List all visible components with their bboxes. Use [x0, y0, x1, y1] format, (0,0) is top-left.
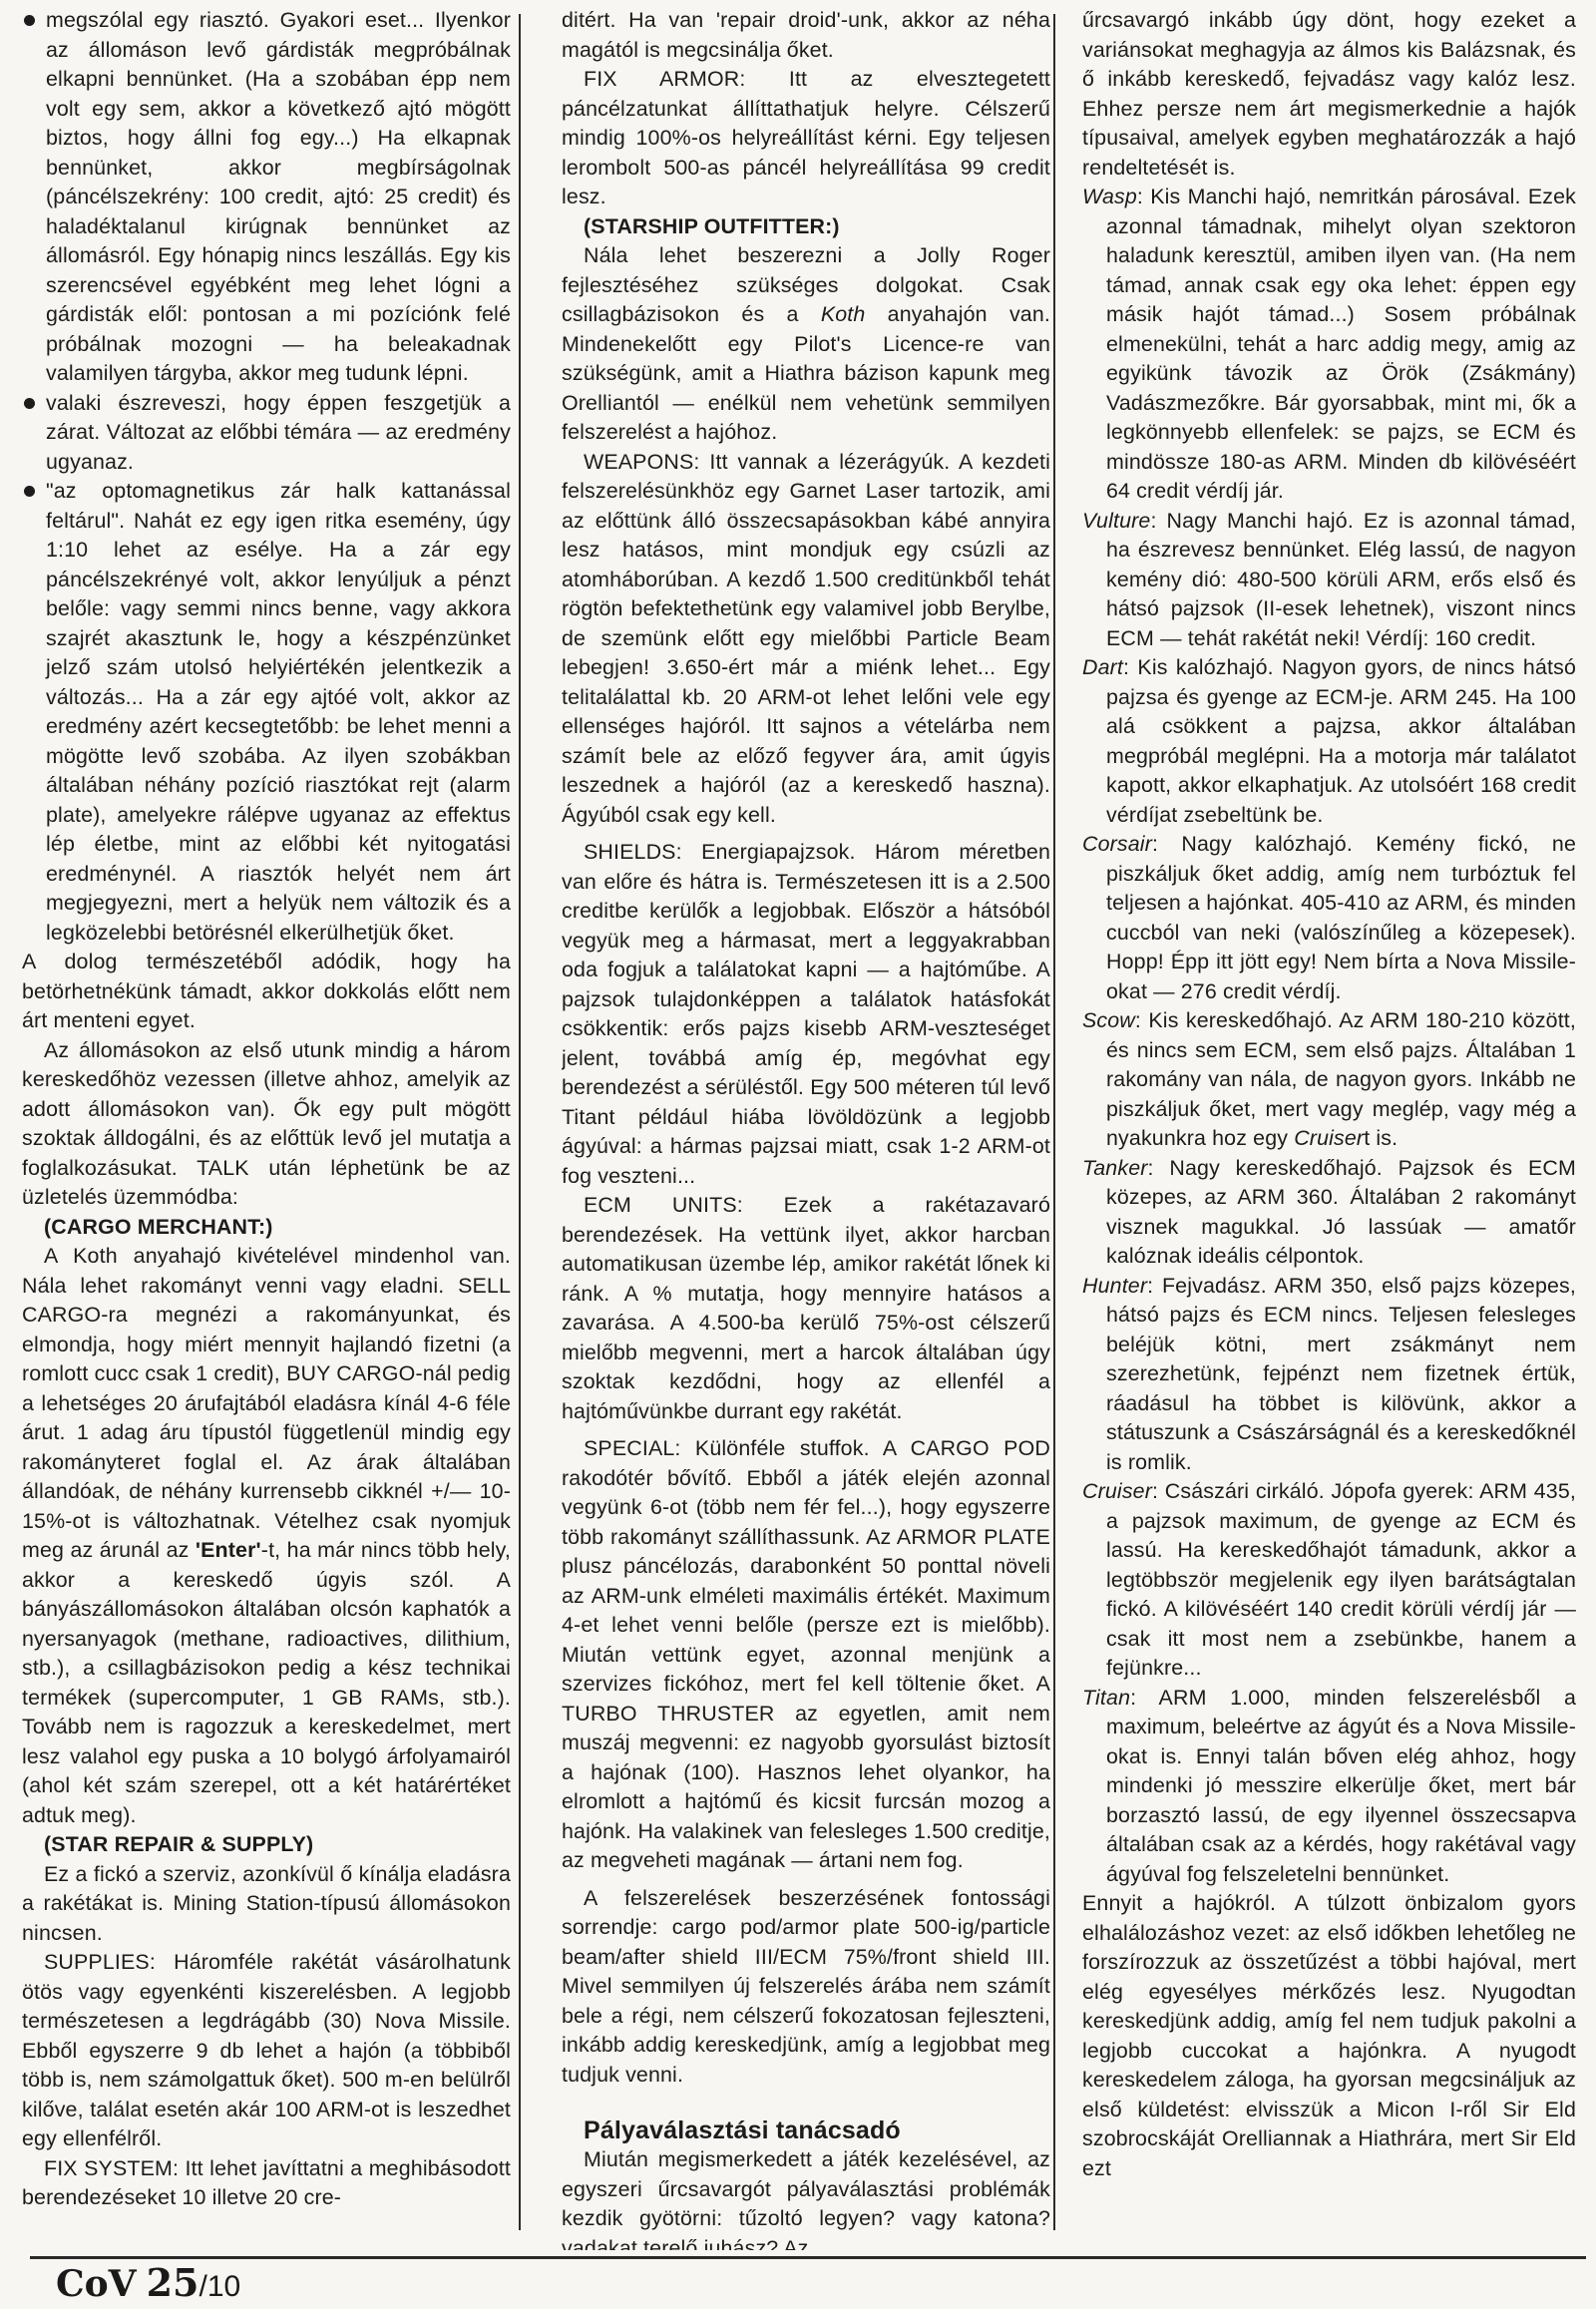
- subheading-starship-outfitter: (STARSHIP OUTFITTER:): [562, 212, 1050, 242]
- paragraph-special: SPECIAL: Különféle stuffok. A CARGO POD …: [562, 1434, 1050, 1876]
- paragraph-fix-armor: FIX ARMOR: Itt az elvesztegetett páncélz…: [562, 65, 1050, 212]
- paragraph-closing: Ennyit a hajókról. A túlzott önbizalom g…: [1082, 1889, 1576, 2183]
- paragraph-career: Miután megismerkedett a játék kezeléséve…: [562, 2145, 1050, 2250]
- paragraph-supplies: SUPPLIES: Háromféle rakétát vásárolhatun…: [22, 1948, 511, 2154]
- paragraph-ecm: ECM UNITS: Ezek a rakétazavaró berendezé…: [562, 1191, 1050, 1426]
- ship-entry-scow: Scow: Kis kereskedőhajó. Az ARM 180-210 …: [1082, 1006, 1576, 1154]
- bullet-text: valaki észreveszi, hogy éppen feszgetjük…: [46, 391, 511, 474]
- paragraph-shields: SHIELDS: Energiapajzsok. Három méretben …: [562, 838, 1050, 1191]
- page-footer: CoV 25 /10: [56, 2260, 240, 2305]
- bullet-icon: [24, 15, 35, 26]
- column-3: űrcsavargó inkább úgy dönt, hogy ezeket …: [1082, 6, 1576, 2250]
- issue-number: 25: [147, 2260, 199, 2305]
- column-2: ditért. Ha van 'repair droid'-unk, akkor…: [562, 6, 1050, 2250]
- paragraph-priority: A felszerelések beszerzésének fontossági…: [562, 1884, 1050, 2091]
- ship-entry-hunter: Hunter: Fejvadász. ARM 350, első pajzs k…: [1082, 1272, 1576, 1478]
- ship-entry-wasp: Wasp: Kis Manchi hajó, nemritkán párosáv…: [1082, 183, 1576, 507]
- paragraph: A dolog természetéből adódik, hogy ha be…: [22, 948, 511, 1036]
- ship-entry-dart: Dart: Kis kalózhajó. Nagyon gyors, de ni…: [1082, 653, 1576, 830]
- article-columns: megszólal egy riasztó. Gyakori eset... I…: [0, 0, 1596, 2256]
- paragraph-weapons: WEAPONS: Itt vannak a lézerágyúk. A kezd…: [562, 448, 1050, 831]
- column-1: megszólal egy riasztó. Gyakori eset... I…: [22, 6, 511, 2250]
- magazine-name: CoV: [56, 2263, 137, 2305]
- paragraph: Az állomásokon az első utunk mindig a há…: [22, 1036, 511, 1213]
- paragraph-cargo: A Koth anyahajó kivételével mindenhol va…: [22, 1242, 511, 1830]
- footer-rule: [30, 2256, 1586, 2259]
- magazine-page: megszólal egy riasztó. Gyakori eset... I…: [0, 0, 1596, 2309]
- bullet-icon: [24, 398, 35, 409]
- bullet-item: valaki észreveszi, hogy éppen feszgetjük…: [22, 389, 511, 478]
- subheading-star-repair: (STAR REPAIR & SUPPLY): [22, 1830, 511, 1860]
- subheading-cargo-merchant: (CARGO MERCHANT:): [22, 1213, 511, 1243]
- bullet-item: megszólal egy riasztó. Gyakori eset... I…: [22, 6, 511, 389]
- bullet-icon: [24, 486, 35, 497]
- ship-entry-corsair: Corsair: Nagy kalózhajó. Kemény fickó, n…: [1082, 830, 1576, 1006]
- column-divider: [1053, 14, 1055, 2230]
- bullet-item: "az optomagnetikus zár halk kattanással …: [22, 477, 511, 948]
- ship-list: Wasp: Kis Manchi hajó, nemritkán párosáv…: [1082, 183, 1576, 1889]
- ship-entry-cruiser: Cruiser: Császári cirkáló. Jópofa gyerek…: [1082, 1477, 1576, 1684]
- ship-entry-titan: Titan: ARM 1.000, minden felszerelésből …: [1082, 1684, 1576, 1890]
- paragraph: ditért. Ha van 'repair droid'-unk, akkor…: [562, 6, 1050, 65]
- ship-entry-vulture: Vulture: Nagy Manchi hajó. Ez is azonnal…: [1082, 507, 1576, 654]
- paragraph: űrcsavargó inkább úgy dönt, hogy ezeket …: [1082, 6, 1576, 183]
- paragraph: Ez a fickó a szerviz, azonkívül ő kínálj…: [22, 1860, 511, 1949]
- bullet-text: "az optomagnetikus zár halk kattanással …: [46, 479, 511, 945]
- paragraph-outfitter: Nála lehet beszerezni a Jolly Roger fejl…: [562, 241, 1050, 448]
- page-number: /10: [199, 2270, 241, 2304]
- paragraph-fix-system: FIX SYSTEM: Itt lehet javíttatni a meghi…: [22, 2154, 511, 2213]
- outcome-bullet-list: megszólal egy riasztó. Gyakori eset... I…: [22, 6, 511, 948]
- column-divider: [519, 14, 521, 2230]
- section-title: Pályaválasztási tanácsadó: [562, 2116, 1050, 2145]
- bullet-text: megszólal egy riasztó. Gyakori eset... I…: [46, 8, 511, 385]
- ship-entry-tanker: Tanker: Nagy kereskedőhajó. Pajzsok és E…: [1082, 1154, 1576, 1272]
- enter-key-text: 'Enter': [196, 1538, 261, 1562]
